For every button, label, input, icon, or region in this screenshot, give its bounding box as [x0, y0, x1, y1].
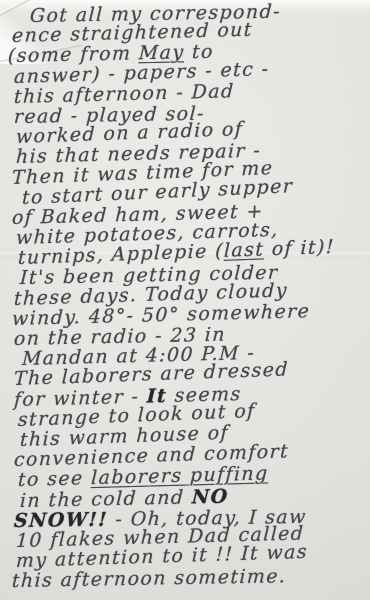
handwriting-segment: of it)!: [264, 236, 335, 261]
underlined-word: last: [224, 239, 265, 262]
handwriting-text: Got all my correspond-ence straightened …: [0, 5, 370, 590]
handwriting-segment: this afternoon sometime.: [11, 565, 287, 592]
emphasized-word: NO: [191, 485, 229, 508]
letter-scan: Got all my correspond-ence straightened …: [0, 0, 370, 600]
